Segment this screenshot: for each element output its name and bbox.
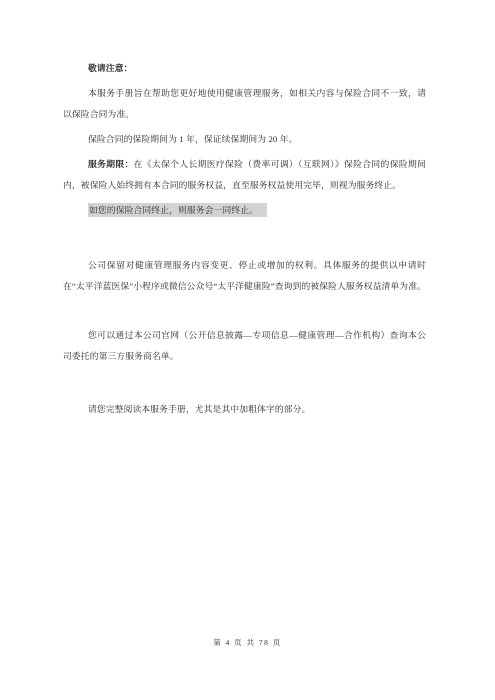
service-term-label: 服务期限： [88, 159, 134, 169]
paragraph-termination: 如您的保险合同终止，则服务会一同终止。 [63, 200, 426, 221]
paragraph-website-query: 您可以通过本公司官网（公开信息披露—专项信息—健康管理—合作机构）查询本公司委托… [63, 325, 426, 367]
document-content: 敬请注意： 本服务手册旨在帮助您更好地使用健康管理服务，如相关内容与保险合同不一… [63, 58, 426, 420]
paragraph-insurance-period: 保险合同的保险期间为 1 年，保证续保期间为 20 年。 [63, 129, 426, 150]
page-number-footer: 第 4 页 共 78 页 [0, 637, 495, 648]
termination-highlighted-sentence: 如您的保险合同终止，则服务会一同终止。 [88, 203, 267, 217]
notice-heading: 敬请注意： [63, 58, 426, 79]
paragraph-read-notice: 请您完整阅读本服务手册，尤其是其中加粗体字的部分。 [63, 399, 426, 420]
paragraph-intro: 本服务手册旨在帮助您更好地使用健康管理服务，如相关内容与保险合同不一致，请以保险… [63, 83, 426, 125]
document-page: 敬请注意： 本服务手册旨在帮助您更好地使用健康管理服务，如相关内容与保险合同不一… [0, 0, 495, 700]
paragraph-rights-reserved: 公司保留对健康管理服务内容变更、停止或增加的权利。具体服务的提供以申请时在“太平… [63, 255, 426, 297]
paragraph-service-term: 服务期限：在《太保个人长期医疗保险（费率可调）（互联网）》保险合同的保险期间内，… [63, 154, 426, 196]
